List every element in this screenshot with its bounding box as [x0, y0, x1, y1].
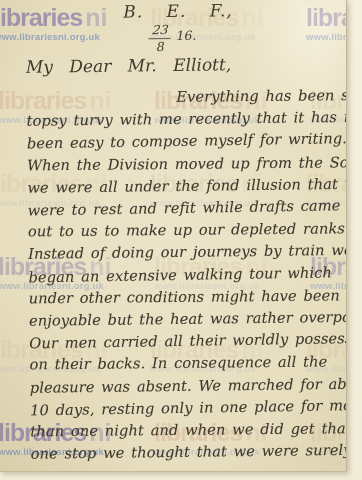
letter-line: Everything has been so — [176, 85, 332, 109]
letter-page: librariesniwww.librariesni.org.uklibrari… — [0, 0, 347, 472]
letter-body: Everything has been sotopsy turvy with m… — [26, 85, 337, 466]
letter-line: out to us to make up our depleted ranks. — [28, 219, 334, 244]
letter-date: 23 8 16. — [149, 22, 196, 55]
letter-line: When the Division moved up from the Somm… — [27, 152, 333, 177]
date-day: 23 — [148, 22, 172, 39]
letter-content: B. E. F., 23 8 16. My Dear Mr. Elliott, … — [0, 0, 347, 472]
letter-line: one stop we thought that we were surely — [31, 440, 337, 466]
document-scan: librariesniwww.librariesni.org.uklibrari… — [0, 0, 362, 480]
date-month: 8 — [150, 39, 172, 54]
letter-line: under other conditions might have been — [29, 285, 335, 310]
date-year: 16. — [176, 27, 196, 42]
letter-line: than one night and when we did get that — [30, 418, 336, 443]
letter-line: on their backs. In consequence all the — [29, 352, 335, 377]
salutation-line: My Dear Mr. Elliott, — [26, 55, 232, 78]
date-fraction: 23 8 — [149, 22, 171, 54]
letter-header: B. E. F., — [123, 1, 233, 22]
